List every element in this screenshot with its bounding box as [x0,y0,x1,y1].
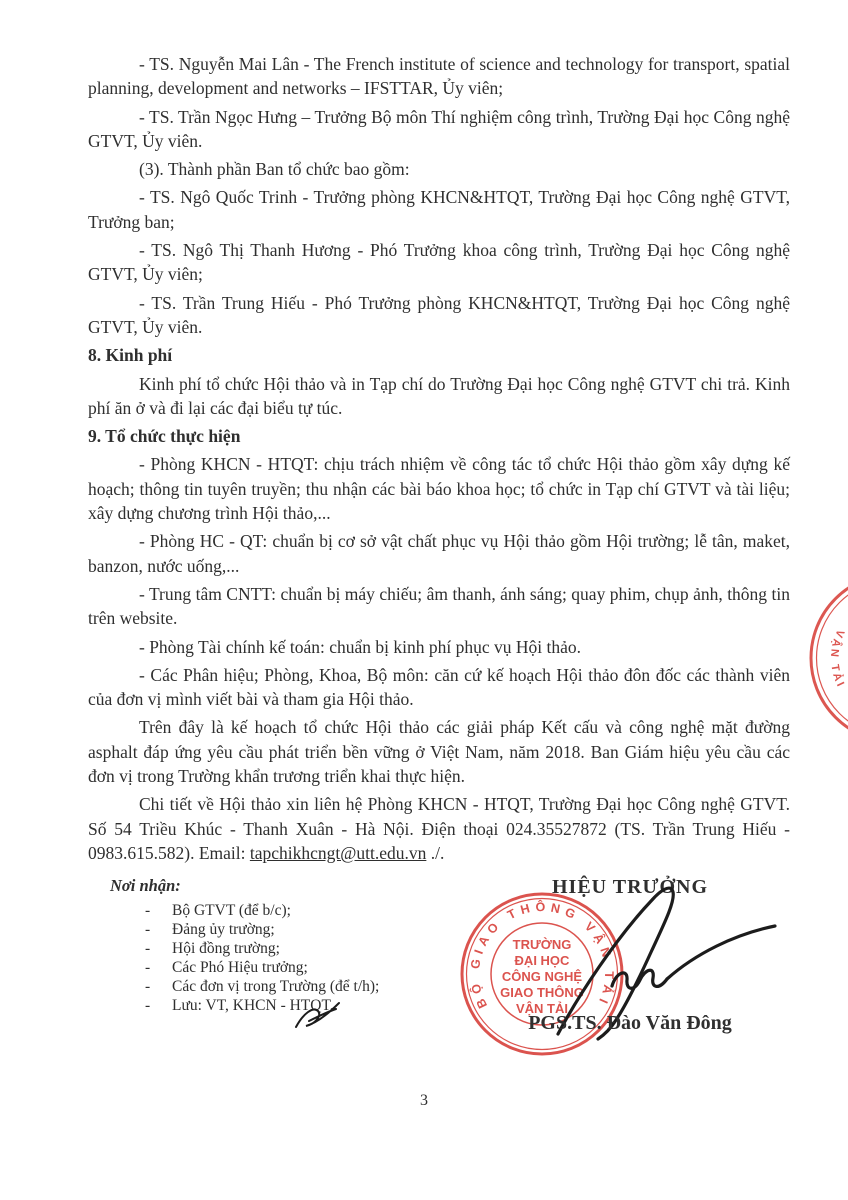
signature-tail-stroke [667,926,775,979]
paragraph-board-member-2: - TS. Ngô Thị Thanh Hương - Phó Trưởng k… [88,238,790,287]
document-body: - TS. Nguyễn Mai Lân - The French instit… [88,52,790,869]
contact-paragraph: Chi tiết về Hội thảo xin liên hệ Phòng K… [88,792,790,865]
recipient-label: Bộ GTVT (để b/c); [172,901,291,920]
dash-bullet: - [145,920,172,939]
page-number: 3 [0,1092,848,1110]
recipients-block: Nơi nhận: -Bộ GTVT (để b/c); -Đảng ủy tr… [110,876,440,1015]
section-9-task-cntt: - Trung tâm CNTT: chuẩn bị máy chiếu; âm… [88,582,790,631]
dash-bullet: - [145,977,172,996]
paragraph-committee-member-1: - TS. Nguyễn Mai Lân - The French instit… [88,52,790,101]
section-8-heading: 8. Kinh phí [88,343,790,367]
section-9-task-departments: - Các Phân hiệu; Phòng, Khoa, Bộ môn: că… [88,663,790,712]
section-9-task-khcn: - Phòng KHCN - HTQT: chịu trách nhiệm về… [88,452,790,525]
edge-stamp-fragment: VẬN TẢI [770,570,848,750]
dash-bullet: - [145,996,172,1015]
section-9-task-finance: - Phòng Tài chính kế toán: chuẩn bị kinh… [88,635,790,659]
recipient-label: Các đơn vị trong Trường (để t/h); [172,977,379,996]
contact-email: tapchikhcngt@utt.edu.vn [250,843,427,863]
scanned-document-page: { "page": {"number": "3"}, "colors": {"s… [0,0,848,1200]
recipients-title: Nơi nhận: [110,876,440,896]
section-9-task-hcqt: - Phòng HC - QT: chuẩn bị cơ sở vật chất… [88,529,790,578]
recipient-item: -Các đơn vị trong Trường (để t/h); [110,977,440,996]
recipient-item: -Lưu: VT, KHCN - HTQT. [110,996,440,1015]
recipient-label: Hội đồng trường; [172,939,280,958]
initials-stroke [296,1003,339,1027]
recipient-item: -Các Phó Hiệu trưởng; [110,958,440,977]
paragraph-board-member-3: - TS. Trần Trung Hiếu - Phó Trưởng phòng… [88,291,790,340]
contact-suffix: ./. [426,843,444,863]
recipient-item: -Hội đồng trường; [110,939,440,958]
recipient-label: Các Phó Hiệu trưởng; [172,958,308,977]
recipient-item: -Bộ GTVT (để b/c); [110,901,440,920]
recipient-item: -Đảng ủy trường; [110,920,440,939]
paragraph-organizing-board-intro: (3). Thành phần Ban tổ chức bao gồm: [88,157,790,181]
closing-paragraph: Trên đây là kế hoạch tổ chức Hội thảo cá… [88,715,790,788]
section-9-heading: 9. Tổ chức thực hiện [88,424,790,448]
edge-stamp-text: VẬN TẢI [828,628,846,689]
section-8-paragraph: Kinh phí tổ chức Hội thảo và in Tạp chí … [88,372,790,421]
recipient-label: Đảng ủy trường; [172,920,275,939]
dash-bullet: - [145,901,172,920]
signer-name: PGS.TS. Đào Văn Đông [430,1012,830,1035]
dash-bullet: - [145,958,172,977]
initials-signature [290,996,346,1036]
dash-bullet: - [145,939,172,958]
paragraph-committee-member-2: - TS. Trần Ngọc Hưng – Trưởng Bộ môn Thí… [88,105,790,154]
signature-loop-stroke [612,970,667,988]
paragraph-board-member-1: - TS. Ngô Quốc Trinh - Trưởng phòng KHCN… [88,185,790,234]
